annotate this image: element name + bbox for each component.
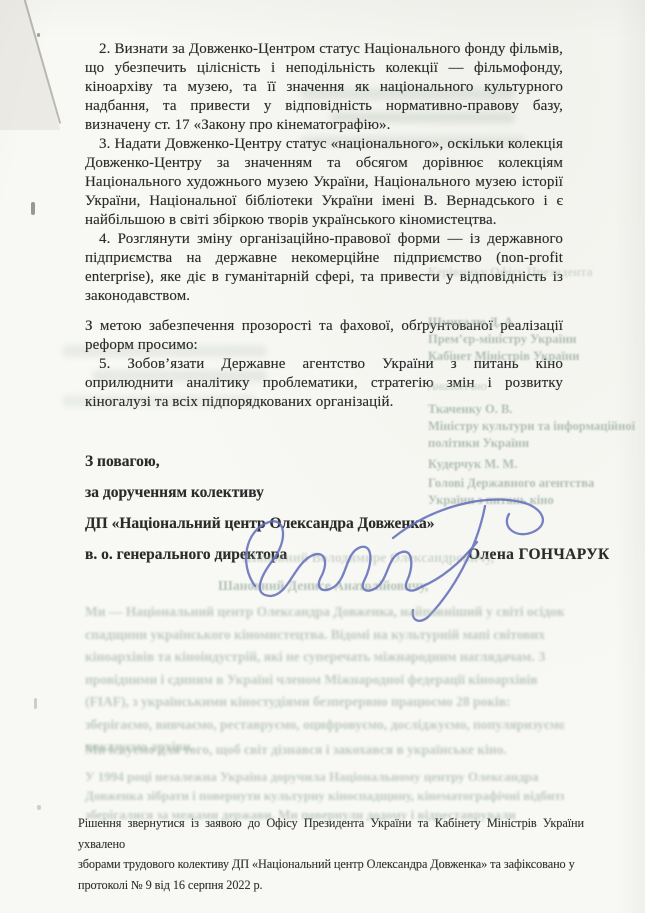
- bleed-addressee-line: Міністру культури та інформаційної: [428, 419, 635, 434]
- list-item-2: 2. Визнати за Довженко-Центром статус На…: [85, 40, 563, 135]
- bleed-addressee-line: Керівнику Офісу Президента: [428, 265, 593, 280]
- scanned-letter-page: 2. Визнати за Довженко-Центром статус На…: [0, 0, 645, 913]
- bleed-addressee-line: Кудерчук М. М.: [428, 457, 517, 472]
- page-fold-corner: [0, 0, 70, 130]
- bleed-text-line: Довженка зібрати і повернути культурну к…: [85, 788, 564, 807]
- bleed-text-line: кіноархівів та кіноіндустрій, які не суп…: [85, 649, 564, 672]
- footer-note: Рішення звернутися із заявою до Офісу Пр…: [78, 813, 584, 895]
- closing-regards: З повагою,: [85, 453, 160, 471]
- bleed-addressee-line: політики України: [428, 436, 529, 451]
- footer-line: зборами трудового колективу ДП «Націонал…: [78, 854, 584, 875]
- bleed-addressee-line: Аналогічно: [428, 379, 487, 394]
- list-item-3: 3. Надати Довженко-Центру статус «націон…: [85, 135, 563, 230]
- bleed-paragraph-1: Ми — Національний центр Олександра Довже…: [85, 604, 564, 762]
- scan-speck: [37, 33, 40, 37]
- bleed-standalone-line: Ми існуємо для того, щоб світ дізнався і…: [85, 742, 564, 758]
- bleed-addressee-line: Шмигалю Д. А.: [428, 315, 516, 330]
- scan-speck: [37, 805, 41, 810]
- bleed-addressee-line: Ткаченку О. В.: [428, 402, 512, 417]
- bleed-text-line: зберігаємо, вивчаємо, реставруємо, оцифр…: [85, 717, 564, 740]
- scan-speck: [31, 202, 35, 215]
- bleed-text-line: У 1994 році незалежна Україна доручила Н…: [85, 769, 564, 788]
- bleed-addressee-line: Прем’єр-міністру України: [428, 332, 577, 347]
- bleed-text-line: провідними і єдиним в Україні членом Між…: [85, 672, 564, 695]
- bleed-addressee-line: Кабінет Міністрів України: [428, 349, 579, 364]
- bleed-text-line: Ми — Національний центр Олександра Довже…: [85, 604, 564, 627]
- footer-line: Рішення звернутися із заявою до Офісу Пр…: [78, 813, 584, 854]
- bleed-text-line: (FIAF), з українськими кіностудіями безп…: [85, 694, 564, 717]
- bleed-text-line: спадщини українського кіномистецтва. Від…: [85, 627, 564, 650]
- scan-speck: [34, 698, 37, 709]
- bleed-addressee-line: Голові Державного агентства: [428, 476, 594, 491]
- footer-line: протоколі № 9 від 16 серпня 2022 р.: [78, 875, 584, 896]
